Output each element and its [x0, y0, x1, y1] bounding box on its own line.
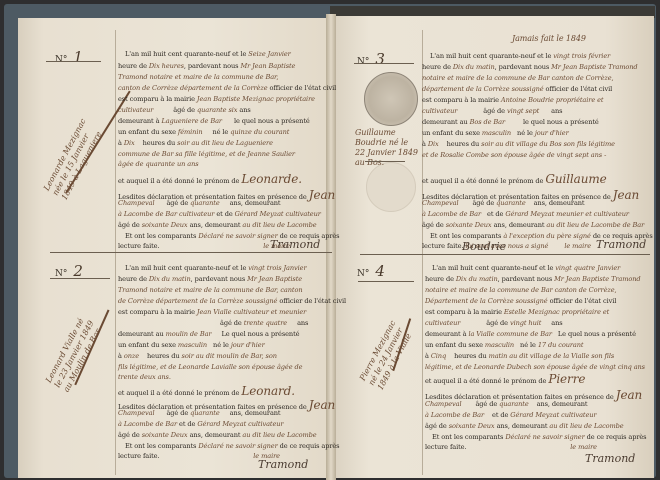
- number-underline: [354, 63, 414, 64]
- act-line: notaire et maire de la commune de Bar ca…: [422, 74, 614, 82]
- witness-line: lecture faite. lui seul avec nous a sign…: [422, 242, 591, 250]
- act-line: légitime, et de Leonarde Dubech son épou…: [425, 363, 645, 371]
- act-line: demeurant à Lagueniere de Bar le quel no…: [118, 117, 310, 125]
- act-line: L'an mil huit cent quarante-neuf et le v…: [432, 264, 620, 272]
- prenom-line: et auquel il a été donné le prénom de Gu…: [422, 172, 607, 186]
- act-line: canton de Corrèze département de la Corr…: [118, 84, 336, 92]
- witness-line: à Lacombe de Bar cultivateur et de Gérar…: [118, 210, 321, 218]
- faint-stamp-icon: [366, 162, 416, 212]
- act-line: heure de Dix heures, pardevant nous Mr J…: [118, 62, 295, 70]
- witness-line: Champeval âgé de quarante ans, demeurant: [118, 199, 280, 207]
- act-line: à onze heures du soir au dit moulin de B…: [118, 352, 277, 360]
- witness-line: à Lacombe de Bar et de Gérard Meyzat meu…: [422, 210, 629, 218]
- left-act-separator: [50, 252, 332, 253]
- act-line: L'an mil huit cent quarante-neuf et le S…: [125, 50, 291, 58]
- father-signature: Boudrie: [462, 240, 506, 253]
- witness-line: Champeval âgé de quarante ans, demeurant: [422, 199, 584, 207]
- act-line: cultivateur âgé de quarante six ans: [118, 106, 251, 114]
- act-line: trente deux ans.: [118, 373, 171, 381]
- act-line: est comparu à la mairie Jean Baptiste Me…: [118, 95, 315, 103]
- witness-line: Champeval âgé de quarante ans, demeurant: [118, 409, 280, 417]
- header-annotation: Jamais fait le 1849: [512, 34, 586, 43]
- right-act-separator: [360, 254, 650, 255]
- margin-underline: [365, 161, 405, 162]
- act-line: est comparu à la mairie Antoine Boudrie …: [422, 96, 603, 104]
- act-line: et de Rosalie Combe son épouse âgée de v…: [422, 151, 606, 159]
- act-line: âgé de trente quatre ans: [220, 319, 308, 327]
- act-line: fils légitime, et de Leonarde Lavialle s…: [118, 363, 302, 371]
- witness-line: âgé de soixante Deux ans, demeurant au d…: [422, 221, 644, 229]
- act-line: un enfant du sexe masculin né le 17 du c…: [425, 341, 583, 349]
- prenom-line: et auquel il a été donné le prénom de Le…: [118, 384, 295, 398]
- act-line: Département de la Corrèze soussigné offi…: [425, 297, 616, 305]
- act-line: à Dix heures du soir au dit lieu de Lagu…: [118, 139, 273, 147]
- witness-line: lecture faite. le maire: [118, 242, 290, 250]
- act-line: cultivateur âgé de vingt huit ans: [425, 319, 563, 327]
- number-underline: [46, 61, 101, 62]
- witness-line: Et ont les comparants Déclaré ne savoir …: [432, 433, 646, 441]
- act-line: heure de Dix du matin, pardevant nous Mr…: [425, 275, 641, 283]
- act-line: est comparu à la mairie Jean Vialle cult…: [118, 308, 306, 316]
- witness-line: âgé de soixante Deux ans, demeurant au d…: [118, 431, 317, 439]
- act-line: Tramond notaire et maire de la commune d…: [118, 286, 302, 294]
- prenom-line: et auquel il a été donné le prénom de Le…: [118, 172, 302, 186]
- prenom-line: et auquel il a été donné le prénom de Pi…: [425, 372, 585, 386]
- mayor-signature: Tramond: [596, 238, 646, 251]
- act-line: heure de Dix du matin, pardevant nous Mr…: [118, 275, 302, 283]
- witness-line: à Lacombe de Bar et de Gérard Meyzat cul…: [425, 411, 596, 419]
- act-line: demeurant à la Vialle commune de Bar Le …: [425, 330, 636, 338]
- act-line: âgée de quarante un ans: [118, 160, 199, 168]
- act-line: commune de Bar sa fille légitime, et de …: [118, 150, 295, 158]
- act-line: L'an mil huit cent quarante-neuf et le v…: [430, 52, 610, 60]
- margin-annotation: Guillaume Boudrie né le 22 Janvier 1849 …: [355, 128, 425, 168]
- act-number: N°1: [55, 48, 83, 66]
- act-line: un enfant du sexe masculin né le jour d'…: [422, 129, 569, 137]
- witness-line: lecture faite. le maire: [118, 452, 280, 460]
- act-line: L'an mil huit cent quarante-neuf et le v…: [125, 264, 307, 272]
- witness-line: lecture faite. le maire: [425, 443, 597, 451]
- witness-line: Champeval âgé de quarante ans, demeurant: [425, 400, 587, 408]
- act-line: un enfant du sexe masculin né le jour d'…: [118, 341, 265, 349]
- act-line: Tramond notaire et maire de la commune d…: [118, 73, 278, 81]
- mayor-signature: Tramond: [258, 458, 308, 471]
- mayor-signature: Tramond: [270, 238, 320, 251]
- act-line: à Cinq heures du matin au dit village de…: [425, 352, 614, 360]
- number-underline: [50, 278, 110, 279]
- witness-line: âgé de soixante Deux ans, demeurant au d…: [118, 221, 317, 229]
- act-number: N°3: [357, 50, 385, 68]
- act-line: cultivateur âgé de vingt sept ans: [422, 107, 562, 115]
- act-line: notaire et maire de la commune de Bar ca…: [425, 286, 617, 294]
- act-number: N°4: [357, 262, 385, 280]
- act-line: à Dix heures du soir au dit village du B…: [422, 140, 615, 148]
- act-line: département de la Corrèze soussigné offi…: [422, 85, 612, 93]
- act-line: demeurant au Bos de Bar le quel nous a p…: [422, 118, 599, 126]
- act-line: demeurant au moulin de Bar Le quel nous …: [118, 330, 299, 338]
- act-line: est comparu à la mairie Estelle Mezignac…: [425, 308, 609, 316]
- act-line: de Corrèze département de la Corrèze sou…: [118, 297, 346, 305]
- witness-line: à Lacombe de Bar et de Gérard Meyzat cul…: [118, 420, 283, 428]
- act-line: un enfant du sexe féminin né le quinze d…: [118, 128, 289, 136]
- number-underline: [358, 281, 414, 282]
- act-line: heure de Dix du matin, pardevant nous Mr…: [422, 63, 638, 71]
- seal-stamp-icon: [364, 72, 418, 126]
- witness-line: Et ont les comparants Déclaré ne savoir …: [125, 442, 339, 450]
- witness-line: âgé de soixante Deux ans, demeurant au d…: [425, 422, 624, 430]
- mayor-signature: Tramond: [585, 452, 635, 465]
